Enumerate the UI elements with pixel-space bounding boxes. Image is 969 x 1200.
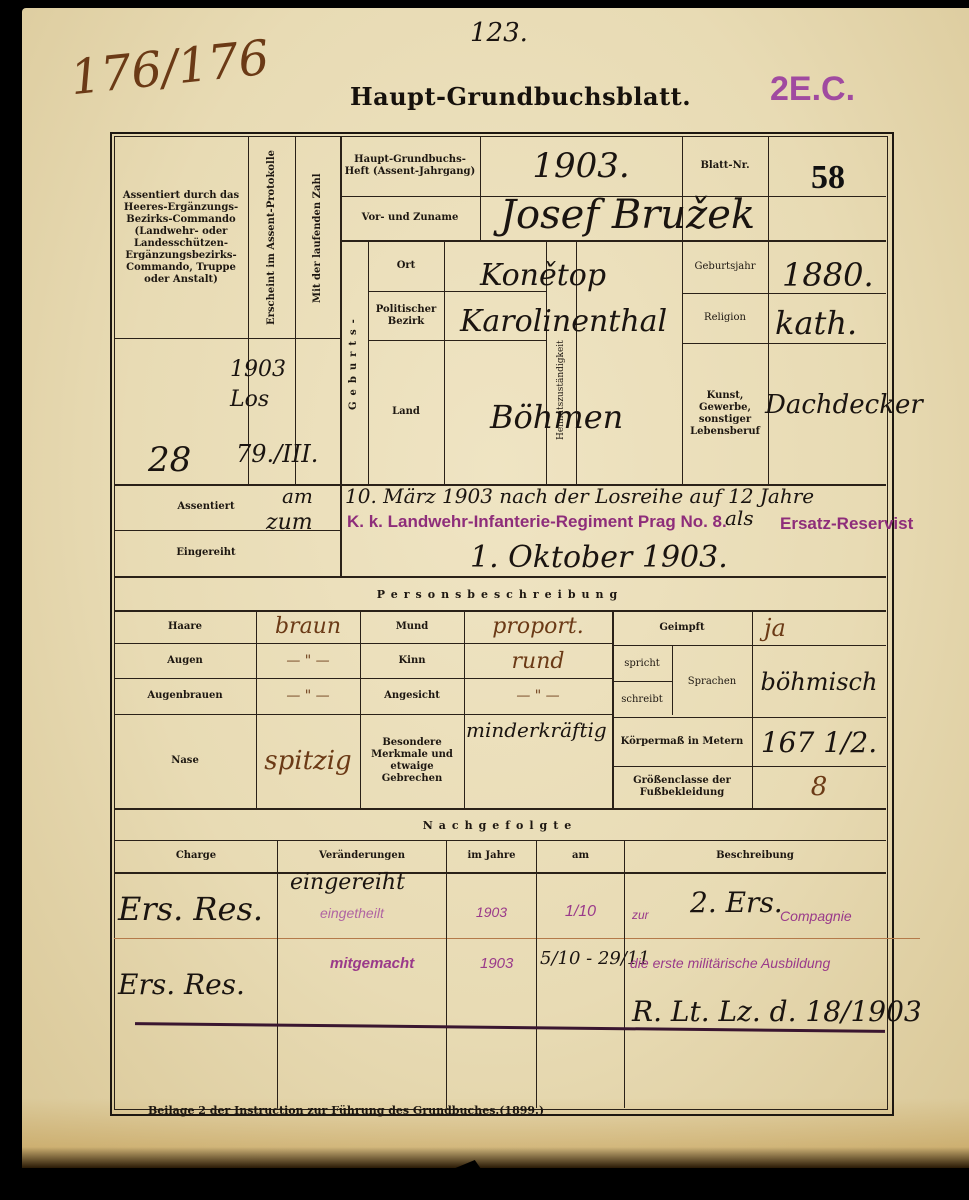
footer-note: Beilage 2 der Instruction zur Führung de… bbox=[148, 1105, 544, 1117]
haare-value: braun bbox=[258, 610, 358, 642]
beruf-label: Kunst, Gewerbe, sonstiger Lebensberuf bbox=[684, 345, 766, 483]
row2-veraenderung-stamp: mitgemacht bbox=[330, 955, 414, 972]
ort-value: Konětop bbox=[480, 258, 606, 293]
blatt-value: 58 bbox=[770, 150, 886, 206]
page-number: 123. bbox=[470, 18, 528, 48]
geimpft-label: Geimpft bbox=[614, 612, 750, 644]
angesicht-value: — " — bbox=[466, 680, 610, 712]
merkmale-value: minderkräftig bbox=[466, 718, 616, 742]
divider bbox=[752, 610, 753, 808]
divider bbox=[536, 840, 537, 1108]
divider bbox=[444, 240, 445, 484]
land-label: Land bbox=[370, 341, 442, 483]
hauptheft-value: 1903. bbox=[482, 138, 680, 194]
ort-label: Ort bbox=[370, 242, 442, 290]
name-label: Vor- und Zuname bbox=[342, 198, 478, 238]
divider bbox=[248, 136, 249, 484]
page-title: Haupt-Grundbuchsblatt. bbox=[350, 82, 691, 111]
erscheint-value: 1903 Los bbox=[230, 355, 300, 415]
mund-value: proport. bbox=[466, 610, 610, 642]
divider bbox=[114, 576, 886, 578]
divider bbox=[446, 840, 447, 1108]
kinn-value: rund bbox=[466, 645, 610, 677]
rank-stamp: Ersatz-Reservist bbox=[780, 514, 913, 534]
divider bbox=[114, 872, 886, 874]
row1-charge: Ers. Res. bbox=[118, 890, 263, 928]
divider bbox=[480, 136, 481, 240]
laufende-zahl-label: Mit der laufenden Zahl bbox=[297, 140, 339, 336]
als-text: als bbox=[725, 506, 754, 530]
laufende-value: 79./III. bbox=[236, 440, 318, 468]
name-value: Josef Bružek bbox=[500, 192, 755, 238]
geburts-label: Geburts- bbox=[342, 242, 366, 482]
haare-label: Haare bbox=[116, 612, 254, 642]
mund-label: Mund bbox=[362, 612, 462, 642]
bezirk-label: Politischer Bezirk bbox=[370, 292, 442, 339]
sprachen-value: böhmisch bbox=[754, 647, 884, 716]
sprachen-label: Sprachen bbox=[674, 647, 750, 716]
koerpermass-value: 167 1/2. bbox=[754, 719, 884, 765]
divider bbox=[114, 338, 340, 339]
divider bbox=[768, 136, 769, 484]
row1-am: 1/10 bbox=[538, 900, 623, 924]
kinn-label: Kinn bbox=[362, 645, 462, 677]
augenbrauen-label: Augenbrauen bbox=[116, 680, 254, 712]
commando-value: 28 bbox=[148, 440, 191, 480]
row2-beschreibung-stamp: die erste militärische Ausbildung bbox=[630, 955, 830, 971]
row1-veraenderung-hand: eingereiht bbox=[290, 870, 405, 895]
nase-label: Nase bbox=[116, 716, 254, 806]
divider bbox=[277, 840, 278, 1108]
row1-beschreibung-prefix: zur bbox=[632, 908, 649, 922]
divider bbox=[612, 645, 886, 646]
merkmale-label: Besondere Merkmale und etwaige Gebrechen bbox=[362, 716, 462, 806]
fuss-label: Größenclasse der Fußbekleidung bbox=[614, 768, 750, 806]
row1-veraenderung-stamp: eingetheilt bbox=[320, 905, 384, 921]
row2-jahr: 1903 bbox=[480, 955, 513, 972]
row2-charge: Ers. Res. bbox=[118, 968, 245, 1001]
row2-beschreibung-hand: R. Lt. Lz. d. 18/1903 bbox=[632, 995, 922, 1028]
eingereiht-prefix: zum bbox=[266, 510, 313, 535]
divider bbox=[256, 610, 257, 808]
col-beschreibung: Beschreibung bbox=[626, 842, 884, 870]
divider bbox=[114, 643, 612, 644]
geburtsjahr-value: 1880. bbox=[782, 256, 874, 294]
divider bbox=[464, 610, 465, 808]
schreibt-label: schreibt bbox=[614, 683, 670, 716]
divider bbox=[114, 938, 920, 939]
fuss-value: 8 bbox=[754, 768, 884, 806]
augen-value: — " — bbox=[258, 645, 358, 677]
divider bbox=[612, 766, 886, 767]
assentiert-durch-label: Assentiert durch das Heeres-Ergänzungs-B… bbox=[116, 140, 246, 336]
divider bbox=[368, 240, 369, 484]
divider bbox=[612, 717, 886, 718]
row1-jahr: 1903 bbox=[448, 900, 535, 924]
regiment-stamp: K. k. Landwehr-Infanterie-Regiment Prag … bbox=[347, 512, 727, 532]
augenbrauen-value: — " — bbox=[258, 680, 358, 712]
religion-label: Religion bbox=[684, 294, 766, 342]
hauptheft-label: Haupt-Grundbuchs-Heft (Assent-Jahrgang) bbox=[342, 138, 478, 194]
spricht-label: spricht bbox=[614, 647, 670, 680]
divider bbox=[114, 840, 886, 841]
eingereiht-date: 1. Oktober 1903. bbox=[470, 540, 728, 575]
divider bbox=[624, 840, 625, 1108]
nachgefolgte-heading: Nachgefolgte bbox=[114, 812, 886, 840]
land-value: Böhmen bbox=[490, 398, 623, 436]
divider bbox=[360, 610, 361, 808]
col-am: am bbox=[538, 842, 623, 870]
divider bbox=[295, 136, 296, 484]
religion-value: kath. bbox=[775, 304, 857, 342]
divider bbox=[682, 136, 683, 484]
eingereiht-label: Eingereiht bbox=[116, 532, 296, 574]
col-jahr: im Jahre bbox=[448, 842, 535, 870]
geimpft-value: ja bbox=[754, 612, 894, 644]
divider bbox=[114, 678, 612, 679]
stamp-2ec: 2E.C. bbox=[770, 70, 855, 109]
col-veraenderungen: Veränderungen bbox=[279, 842, 445, 870]
assentiert-prefix: am bbox=[282, 484, 313, 508]
angesicht-label: Angesicht bbox=[362, 680, 462, 712]
col-charge: Charge bbox=[116, 842, 276, 870]
assentiert-value: 10. März 1903 nach der Losreihe auf 12 J… bbox=[345, 484, 814, 508]
divider bbox=[672, 645, 673, 715]
row1-beschreibung-hand: 2. Ers. bbox=[690, 886, 783, 919]
koerpermass-label: Körpermaß in Metern bbox=[614, 719, 750, 765]
blatt-label: Blatt-Nr. bbox=[684, 138, 766, 194]
divider bbox=[114, 808, 886, 810]
erscheint-label: Erscheint im Assent-Protokolle bbox=[250, 140, 294, 336]
divider bbox=[612, 681, 672, 682]
geburtsjahr-label: Geburtsjahr bbox=[684, 242, 766, 292]
divider bbox=[114, 714, 612, 715]
beruf-value: Dachdecker bbox=[765, 390, 923, 420]
bezirk-value: Karolinenthal bbox=[460, 304, 667, 339]
augen-label: Augen bbox=[116, 645, 254, 677]
nase-value: spitzig bbox=[258, 716, 358, 806]
divider bbox=[682, 343, 886, 344]
row1-beschreibung-suffix: Compagnie bbox=[780, 908, 852, 924]
personsbeschreibung-heading: Personsbeschreibung bbox=[114, 580, 886, 610]
